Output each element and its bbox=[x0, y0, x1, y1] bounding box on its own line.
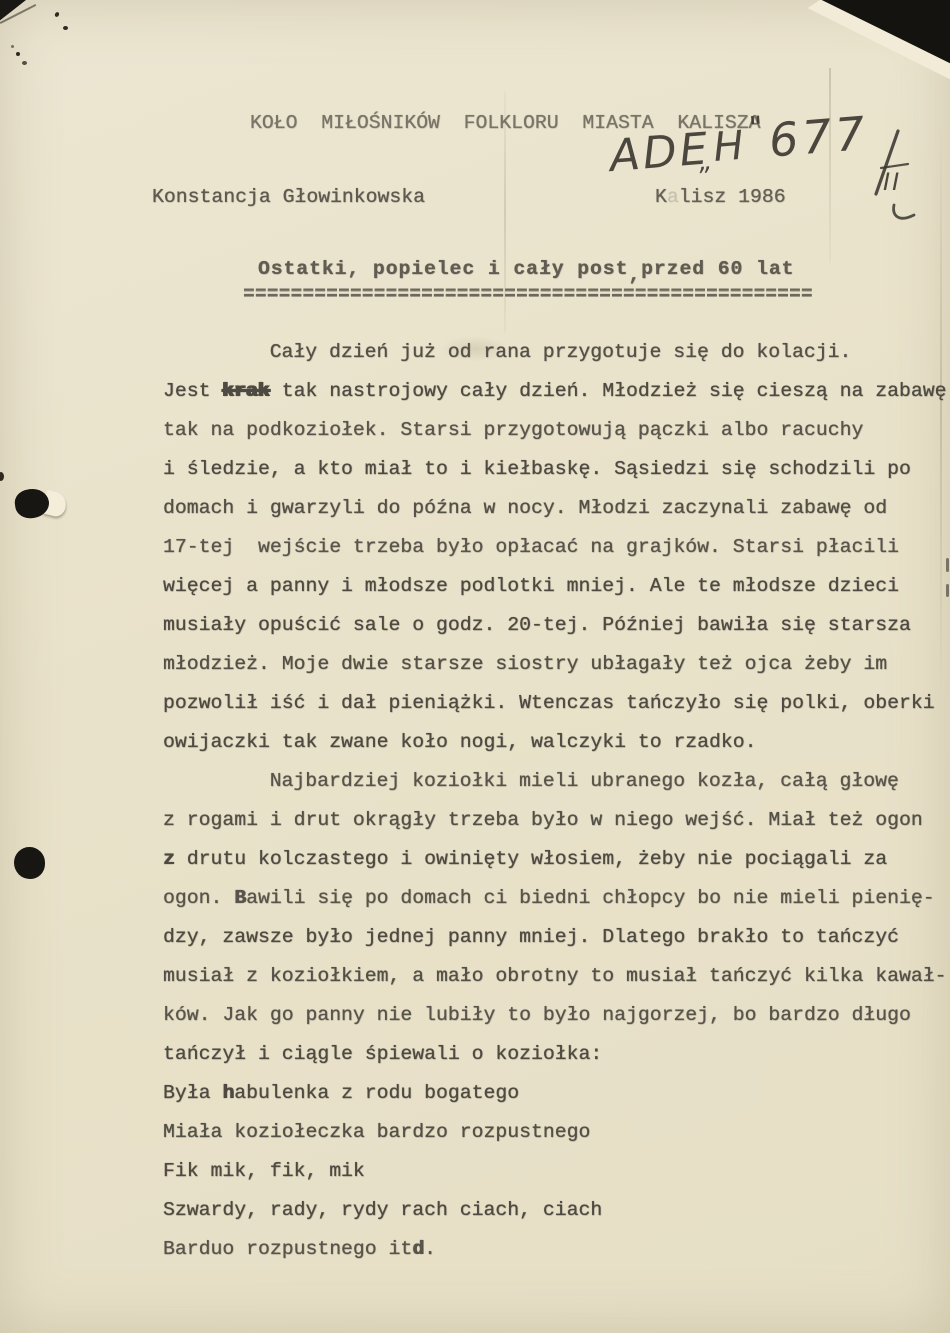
text-segment: 17-tej wejście trzeba było opłacać na gr… bbox=[163, 536, 899, 558]
text-segment: Fik mik, fik, mik bbox=[163, 1160, 365, 1182]
ink-speck bbox=[16, 52, 20, 56]
text-line: domach i gwarzyli do późna w nocy. Młodz… bbox=[163, 489, 950, 528]
annotation-hook bbox=[894, 205, 914, 218]
document-title: Ostatki, popielec i cały post,przed 60 l… bbox=[258, 258, 794, 280]
text-line: musiały opuścić sale o godz. 20-tej. Póź… bbox=[163, 606, 950, 645]
text-line: musiał z koziołkiem, a mało obrotny to m… bbox=[163, 957, 950, 996]
ink-speck bbox=[63, 26, 68, 30]
text-segment: Była bbox=[163, 1082, 222, 1104]
author-name: Konstancja Głowinkowska bbox=[152, 186, 425, 208]
scanned-document-page: KOŁO MIŁOŚNIKÓW FOLKLORU MIASTA KALISZA … bbox=[0, 0, 950, 1333]
text-segment: tak nastrojowy cały dzień. Młodzież się … bbox=[270, 380, 947, 402]
handwritten-annotation: ADE „ H " 677 II bbox=[595, 113, 940, 238]
text-line: Jest krak tak nastrojowy cały dzień. Mło… bbox=[163, 372, 950, 411]
text-line: tak na podkoziołek. Starsi przygotowują … bbox=[163, 411, 950, 450]
text-segment: młodzież. Moje dwie starsze siostry ubła… bbox=[163, 653, 887, 675]
text-segment: Barduo rozpustnego it bbox=[163, 1238, 412, 1260]
folded-corner bbox=[0, 0, 950, 90]
text-segment: Cały dzień już od rana przygotuje się do… bbox=[270, 341, 852, 363]
hole-punch-top bbox=[13, 487, 51, 520]
text-line: Szwardy, rady, rydy rach ciach, ciach bbox=[163, 1191, 950, 1230]
text-segment: owijaczki tak zwane koło nogi, walczyki … bbox=[163, 731, 757, 753]
text-segment: . bbox=[424, 1238, 436, 1260]
title-part2: przed 60 lat bbox=[641, 258, 794, 280]
text-segment: musiały opuścić sale o godz. 20-tej. Póź… bbox=[163, 614, 911, 636]
annotation-quote: " bbox=[748, 113, 765, 146]
text-line: Miała koziołeczka bardzo rozpustnego bbox=[163, 1113, 950, 1152]
edge-speck bbox=[0, 472, 4, 481]
annotation-number: 677 bbox=[767, 113, 871, 168]
text-segment: dzy, zawsze było jednej panny mniej. Dla… bbox=[163, 926, 899, 948]
ink-speck bbox=[54, 11, 60, 17]
annotation-letters: ADE bbox=[605, 123, 712, 182]
text-segment: abulenka z rodu bogatego bbox=[234, 1082, 519, 1104]
text-segment: tak na podkoziołek. Starsi przygotowują … bbox=[163, 419, 863, 441]
text-line: więcej a panny i młodsze podlotki mniej.… bbox=[163, 567, 950, 606]
text-segment: pozwolił iść i dał pieniążki. Wtenczas t… bbox=[163, 692, 935, 714]
text-line: pozwolił iść i dał pieniążki. Wtenczas t… bbox=[163, 684, 950, 723]
text-segment: tańczył i ciągle śpiewali o koziołka: bbox=[163, 1043, 602, 1065]
text-segment: Najbardziej koziołki mieli ubranego kozł… bbox=[270, 770, 899, 792]
text-segment: ogon. bbox=[163, 887, 234, 909]
text-segment: Jest bbox=[163, 380, 222, 402]
scan-corner-shadow-top-right bbox=[0, 0, 950, 80]
text-line: ków. Jak go panny nie lubiły to było naj… bbox=[163, 996, 950, 1035]
text-line: Najbardziej koziołki mieli ubranego kozł… bbox=[163, 762, 950, 801]
text-segment: ków. Jak go panny nie lubiły to było naj… bbox=[163, 1004, 911, 1026]
text-line: Barduo rozpustnego itd. bbox=[163, 1230, 950, 1269]
text-segment: domach i gwarzyli do późna w nocy. Młodz… bbox=[163, 497, 887, 519]
overtyped-letter: h bbox=[222, 1082, 234, 1104]
text-line: Była habulenka z rodu bogatego bbox=[163, 1074, 950, 1113]
text-line: Fik mik, fik, mik bbox=[163, 1152, 950, 1191]
title-part1: Ostatki, popielec i cały post bbox=[258, 258, 628, 280]
text-line: dzy, zawsze było jednej panny mniej. Dla… bbox=[163, 918, 950, 957]
text-segment: Miała koziołeczka bardzo rozpustnego bbox=[163, 1121, 590, 1143]
text-segment: drutu kolczastego i owinięty włosiem, że… bbox=[175, 848, 887, 870]
hole-punch-bottom bbox=[14, 847, 45, 879]
text-line: ogon. Bawili się po domach ci biedni chł… bbox=[163, 879, 950, 918]
text-line: owijaczki tak zwane koło nogi, walczyki … bbox=[163, 723, 950, 762]
text-line: i śledzie, a kto miał to i kiełbaskę. Są… bbox=[163, 450, 950, 489]
text-segment: Szwardy, rady, rydy rach ciach, ciach bbox=[163, 1199, 602, 1221]
text-line: młodzież. Moje dwie starsze siostry ubła… bbox=[163, 645, 950, 684]
text-segment: z rogami i drut okrągły trzeba było w ni… bbox=[163, 809, 923, 831]
text-line: tańczył i ciągle śpiewali o koziołka: bbox=[163, 1035, 950, 1074]
text-segment: i śledzie, a kto miał to i kiełbaskę. Są… bbox=[163, 458, 911, 480]
annotation-letter-h: H bbox=[712, 123, 746, 171]
text-segment: więcej a panny i młodsze podlotki mniej.… bbox=[163, 575, 899, 597]
text-line: z drutu kolczastego i owinięty włosiem, … bbox=[163, 840, 950, 879]
overtyped-letter: d bbox=[412, 1238, 424, 1260]
overtyped-letter: B bbox=[234, 887, 246, 909]
text-segment: awili się po domach ci biedni chłopcy bo… bbox=[246, 887, 935, 909]
text-segment: musiał z koziołkiem, a mało obrotny to m… bbox=[163, 965, 946, 987]
title-underline: ========================================… bbox=[243, 283, 813, 305]
typewritten-body: Cały dzień już od rana przygotuje się do… bbox=[163, 333, 950, 1269]
text-line: z rogami i drut okrągły trzeba było w ni… bbox=[163, 801, 950, 840]
text-line: 17-tej wejście trzeba było opłacać na gr… bbox=[163, 528, 950, 567]
overtyped-letter: z bbox=[163, 848, 175, 870]
ink-speck bbox=[11, 45, 14, 48]
annotation-low-mark: „ bbox=[697, 146, 713, 177]
struck-out-word: krak bbox=[222, 380, 269, 402]
annotation-roman: II bbox=[883, 168, 901, 196]
text-line: Cały dzień już od rana przygotuje się do… bbox=[163, 333, 950, 372]
ink-speck bbox=[22, 61, 27, 65]
